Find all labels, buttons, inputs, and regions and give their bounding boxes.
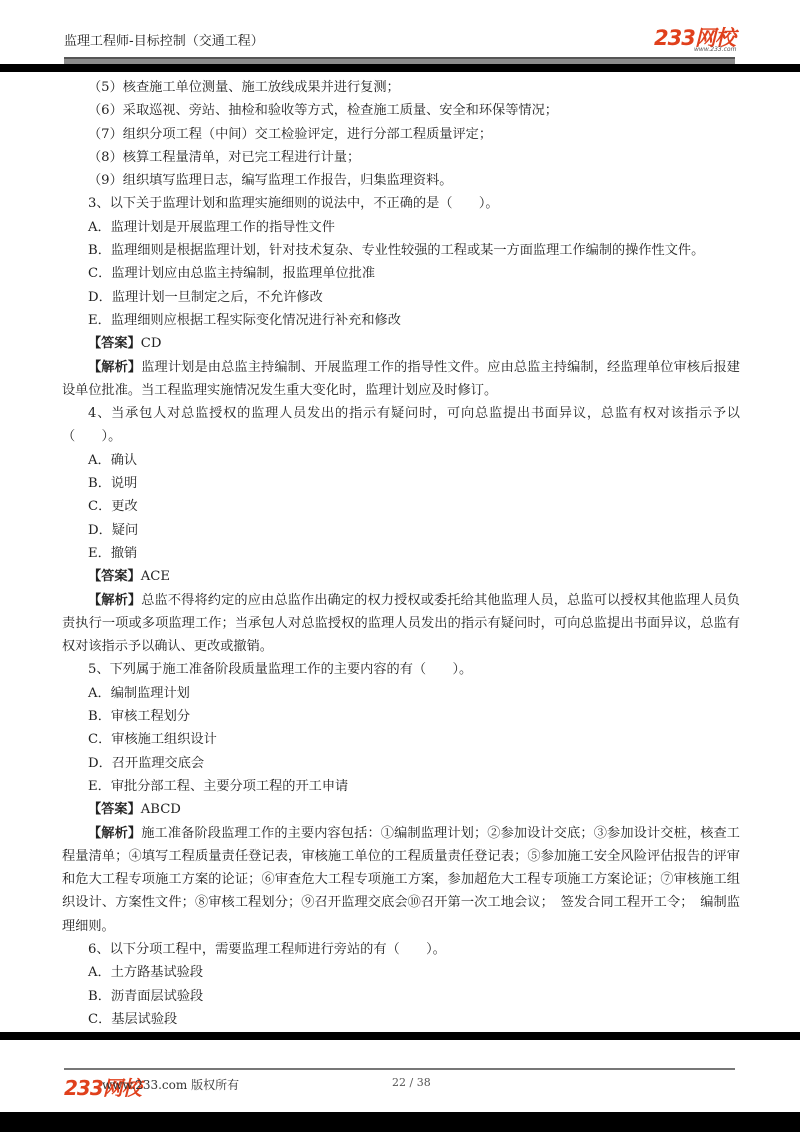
- option: C．监理计划应由总监主持编制，报监理单位批准: [62, 262, 740, 285]
- answer-label: 【答案】: [88, 802, 141, 817]
- list-item: （9）组织填写监理日志，编写监理工作报告，归集监理资料。: [62, 169, 740, 192]
- option: C．更改: [62, 495, 740, 518]
- page-content: （5）核查施工单位测量、施工放线成果并进行复测； （6）采取巡视、旁站、抽检和验…: [62, 76, 740, 1031]
- option: C．审核施工组织设计: [62, 728, 740, 751]
- question-4: 4、当承包人对总监授权的监理人员发出的指示有疑问时，可向总监提出书面异议，总监有…: [62, 402, 740, 449]
- analysis-text: 监理计划是由总监主持编制、开展监理工作的指导性文件。应由总监主持编制，经监理单位…: [62, 360, 740, 398]
- option: D．召开监理交底会: [62, 752, 740, 775]
- answer-label: 【答案】: [88, 569, 141, 584]
- copyright-text: www.233.com 版权所有: [102, 1076, 239, 1093]
- answer: 【答案】ACE: [62, 565, 740, 588]
- brand-url: www.233.com: [694, 46, 736, 53]
- question-5: 5、下列属于施工准备阶段质量监理工作的主要内容的有（ ）。: [62, 658, 740, 681]
- analysis: 【解析】监理计划是由总监主持编制、开展监理工作的指导性文件。应由总监主持编制，经…: [62, 356, 740, 403]
- option: C．基层试验段: [62, 1008, 740, 1031]
- option: D．监理计划一旦制定之后，不允许修改: [62, 286, 740, 309]
- analysis-label: 【解析】: [88, 826, 141, 841]
- question-6: 6、以下分项工程中，需要监理工程师进行旁站的有（ ）。: [62, 938, 740, 961]
- answer: 【答案】ABCD: [62, 798, 740, 821]
- header-divider: [64, 57, 735, 64]
- page-separator-top: [0, 64, 800, 72]
- option: A．监理计划是开展监理工作的指导性文件: [62, 216, 740, 239]
- answer-value: CD: [141, 336, 162, 351]
- option: B．审核工程划分: [62, 705, 740, 728]
- page-number: 22 / 38: [392, 1076, 431, 1089]
- list-item: （5）核查施工单位测量、施工放线成果并进行复测；: [62, 76, 740, 99]
- analysis: 【解析】施工准备阶段监理工作的主要内容包括：①编制监理计划；②参加设计交底；③参…: [62, 822, 740, 938]
- option: B．说明: [62, 472, 740, 495]
- analysis-text: 施工准备阶段监理工作的主要内容包括：①编制监理计划；②参加设计交底；③参加设计交…: [62, 826, 740, 934]
- list-item: （8）核算工程量清单，对已完工程进行计量；: [62, 146, 740, 169]
- option: A．确认: [62, 449, 740, 472]
- analysis-label: 【解析】: [88, 593, 141, 608]
- answer-value: ACE: [141, 569, 170, 584]
- document-title: 监理工程师-目标控制（交通工程）: [64, 30, 264, 49]
- answer-value: ABCD: [141, 802, 181, 817]
- answer: 【答案】CD: [62, 332, 740, 355]
- option: A．土方路基试验段: [62, 961, 740, 984]
- analysis-text: 总监不得将约定的应由总监作出确定的权力授权或委托给其他监理人员，总监可以授权其他…: [62, 593, 740, 655]
- list-item: （6）采取巡视、旁站、抽检和验收等方式，检查施工质量、安全和环保等情况；: [62, 99, 740, 122]
- analysis-label: 【解析】: [88, 360, 141, 375]
- analysis: 【解析】总监不得将约定的应由总监作出确定的权力授权或委托给其他监理人员，总监可以…: [62, 589, 740, 659]
- option: A．编制监理计划: [62, 682, 740, 705]
- question-3: 3、以下关于监理计划和监理实施细则的说法中，不正确的是（ ）。: [62, 192, 740, 215]
- list-item: （7）组织分项工程（中间）交工检验评定，进行分部工程质量评定；: [62, 123, 740, 146]
- footer-divider: [64, 1068, 735, 1070]
- option: E．撤销: [62, 542, 740, 565]
- option: B．沥青面层试验段: [62, 985, 740, 1008]
- page-separator-bottom: [0, 1032, 800, 1040]
- option: E．监理细则应根据工程实际变化情况进行补充和修改: [62, 309, 740, 332]
- option: D．疑问: [62, 519, 740, 542]
- option: E．审批分部工程、主要分项工程的开工申请: [62, 775, 740, 798]
- viewer-bottom-bar: [0, 1112, 800, 1132]
- option: B．监理细则是根据监理计划，针对技术复杂、专业性较强的工程或某一方面监理工作编制…: [62, 239, 740, 262]
- answer-label: 【答案】: [88, 336, 141, 351]
